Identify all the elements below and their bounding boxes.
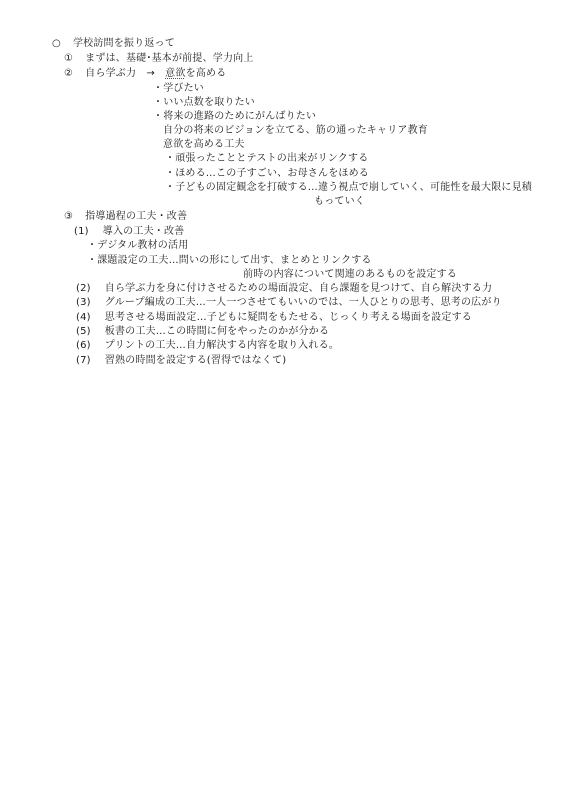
bullet-item: ・将来の進路のためにがんばりたい: [153, 111, 316, 123]
section-marker: ①: [64, 53, 73, 65]
subsection-7: (7)習熟の時間を設定する(習得ではなくて): [76, 355, 286, 367]
subsection-text: 思考させる場面設定…子どもに疑問をもたせる、じっくり考える場面を設定する: [105, 312, 472, 323]
subsection-marker: (1): [74, 226, 89, 238]
bullet-item: ・学びたい: [153, 83, 204, 95]
subsection-text: 板書の工夫…この時間に何をやったのかが分かる: [105, 326, 329, 337]
subsection-marker: (4): [76, 312, 91, 324]
document-title: 学校訪問を振り返って: [73, 38, 175, 49]
subsection-text: グループ編成の工夫…一人一つさせてもいいのでは、一人ひとりの思考、思考の広がり: [105, 297, 502, 308]
subsection-marker: (3): [76, 297, 91, 309]
bullet-item: ・いい点数を取りたい: [153, 97, 255, 109]
subsection-marker: (2): [76, 283, 91, 295]
subsection-6: (6)プリントの工夫…自力解決する内容を取り入れる。: [76, 340, 339, 352]
sub-bullet-item: ・子どもの固定観念を打破する…違う視点で崩していく、可能性を最大限に見積: [165, 182, 532, 194]
subsection-marker: (5): [76, 326, 91, 338]
subsection-text: 導入の工夫・改善: [103, 226, 185, 237]
section-1: ①まずは、基礎･基本が前提、学力向上: [64, 53, 254, 65]
section-text: 自ら学ぶ力 →: [85, 68, 165, 79]
sub-bullet-continuation: もっていく: [314, 196, 365, 208]
bullet-item: ・課題設定の工夫…問いの形にして出す、まとめとリンクする: [87, 255, 372, 267]
section-3: ③指導過程の工夫・改善: [64, 211, 187, 223]
bullet-continuation: 前時の内容について関連のあるものを設定する: [243, 269, 457, 281]
subsection-2: (2)自ら学ぶ力を身に付けさせるための場面設定、自ら課題を見つけて、自ら解決する…: [76, 283, 492, 295]
subsection-3: (3)グループ編成の工夫…一人一つさせてもいいのでは、一人ひとりの思考、思考の広…: [76, 297, 502, 309]
section-2: ②自ら学ぶ力 → 意欲を高める: [64, 68, 226, 80]
subsection-5: (5)板書の工夫…この時間に何をやったのかが分かる: [76, 326, 329, 338]
circle-bullet-icon: ○: [52, 38, 61, 50]
bullet-item: ・デジタル教材の活用: [87, 240, 188, 252]
section-text: 指導過程の工夫・改善: [85, 211, 187, 222]
subsection-text: プリントの工夫…自力解決する内容を取り入れる。: [105, 340, 339, 351]
note-line: 意欲を高める工夫: [163, 139, 245, 151]
sub-bullet-item: ・ほめる…この子すごい、お母さんをほめる: [165, 168, 369, 180]
subsection-1: (1)導入の工夫・改善: [74, 226, 184, 238]
subsection-text: 自ら学ぶ力を身に付けさせるための場面設定、自ら課題を見つけて、自ら解決する力: [105, 283, 492, 294]
document-title-line: ○学校訪問を振り返って: [52, 38, 175, 50]
sub-bullet-item: ・頑張ったこととテストの出来がリンクする: [165, 153, 368, 165]
document-page: ○学校訪問を振り返って ①まずは、基礎･基本が前提、学力向上 ②自ら学ぶ力 → …: [0, 0, 566, 800]
section-marker: ③: [64, 211, 73, 223]
subsection-marker: (6): [76, 340, 91, 352]
section-text: まずは、基礎･基本が前提、学力向上: [85, 53, 253, 64]
subsection-4: (4)思考させる場面設定…子どもに疑問をもたせる、じっくり考える場面を設定する: [76, 312, 472, 324]
note-line: 自分の将来のビジョンを立てる、筋の通ったキャリア教育: [163, 125, 428, 137]
subsection-text: 習熟の時間を設定する(習得ではなくて): [105, 355, 287, 366]
section-marker: ②: [64, 68, 73, 80]
underlined-word: 意欲: [165, 68, 185, 79]
subsection-marker: (7): [76, 355, 91, 367]
section-text-after: を高める: [186, 68, 227, 79]
